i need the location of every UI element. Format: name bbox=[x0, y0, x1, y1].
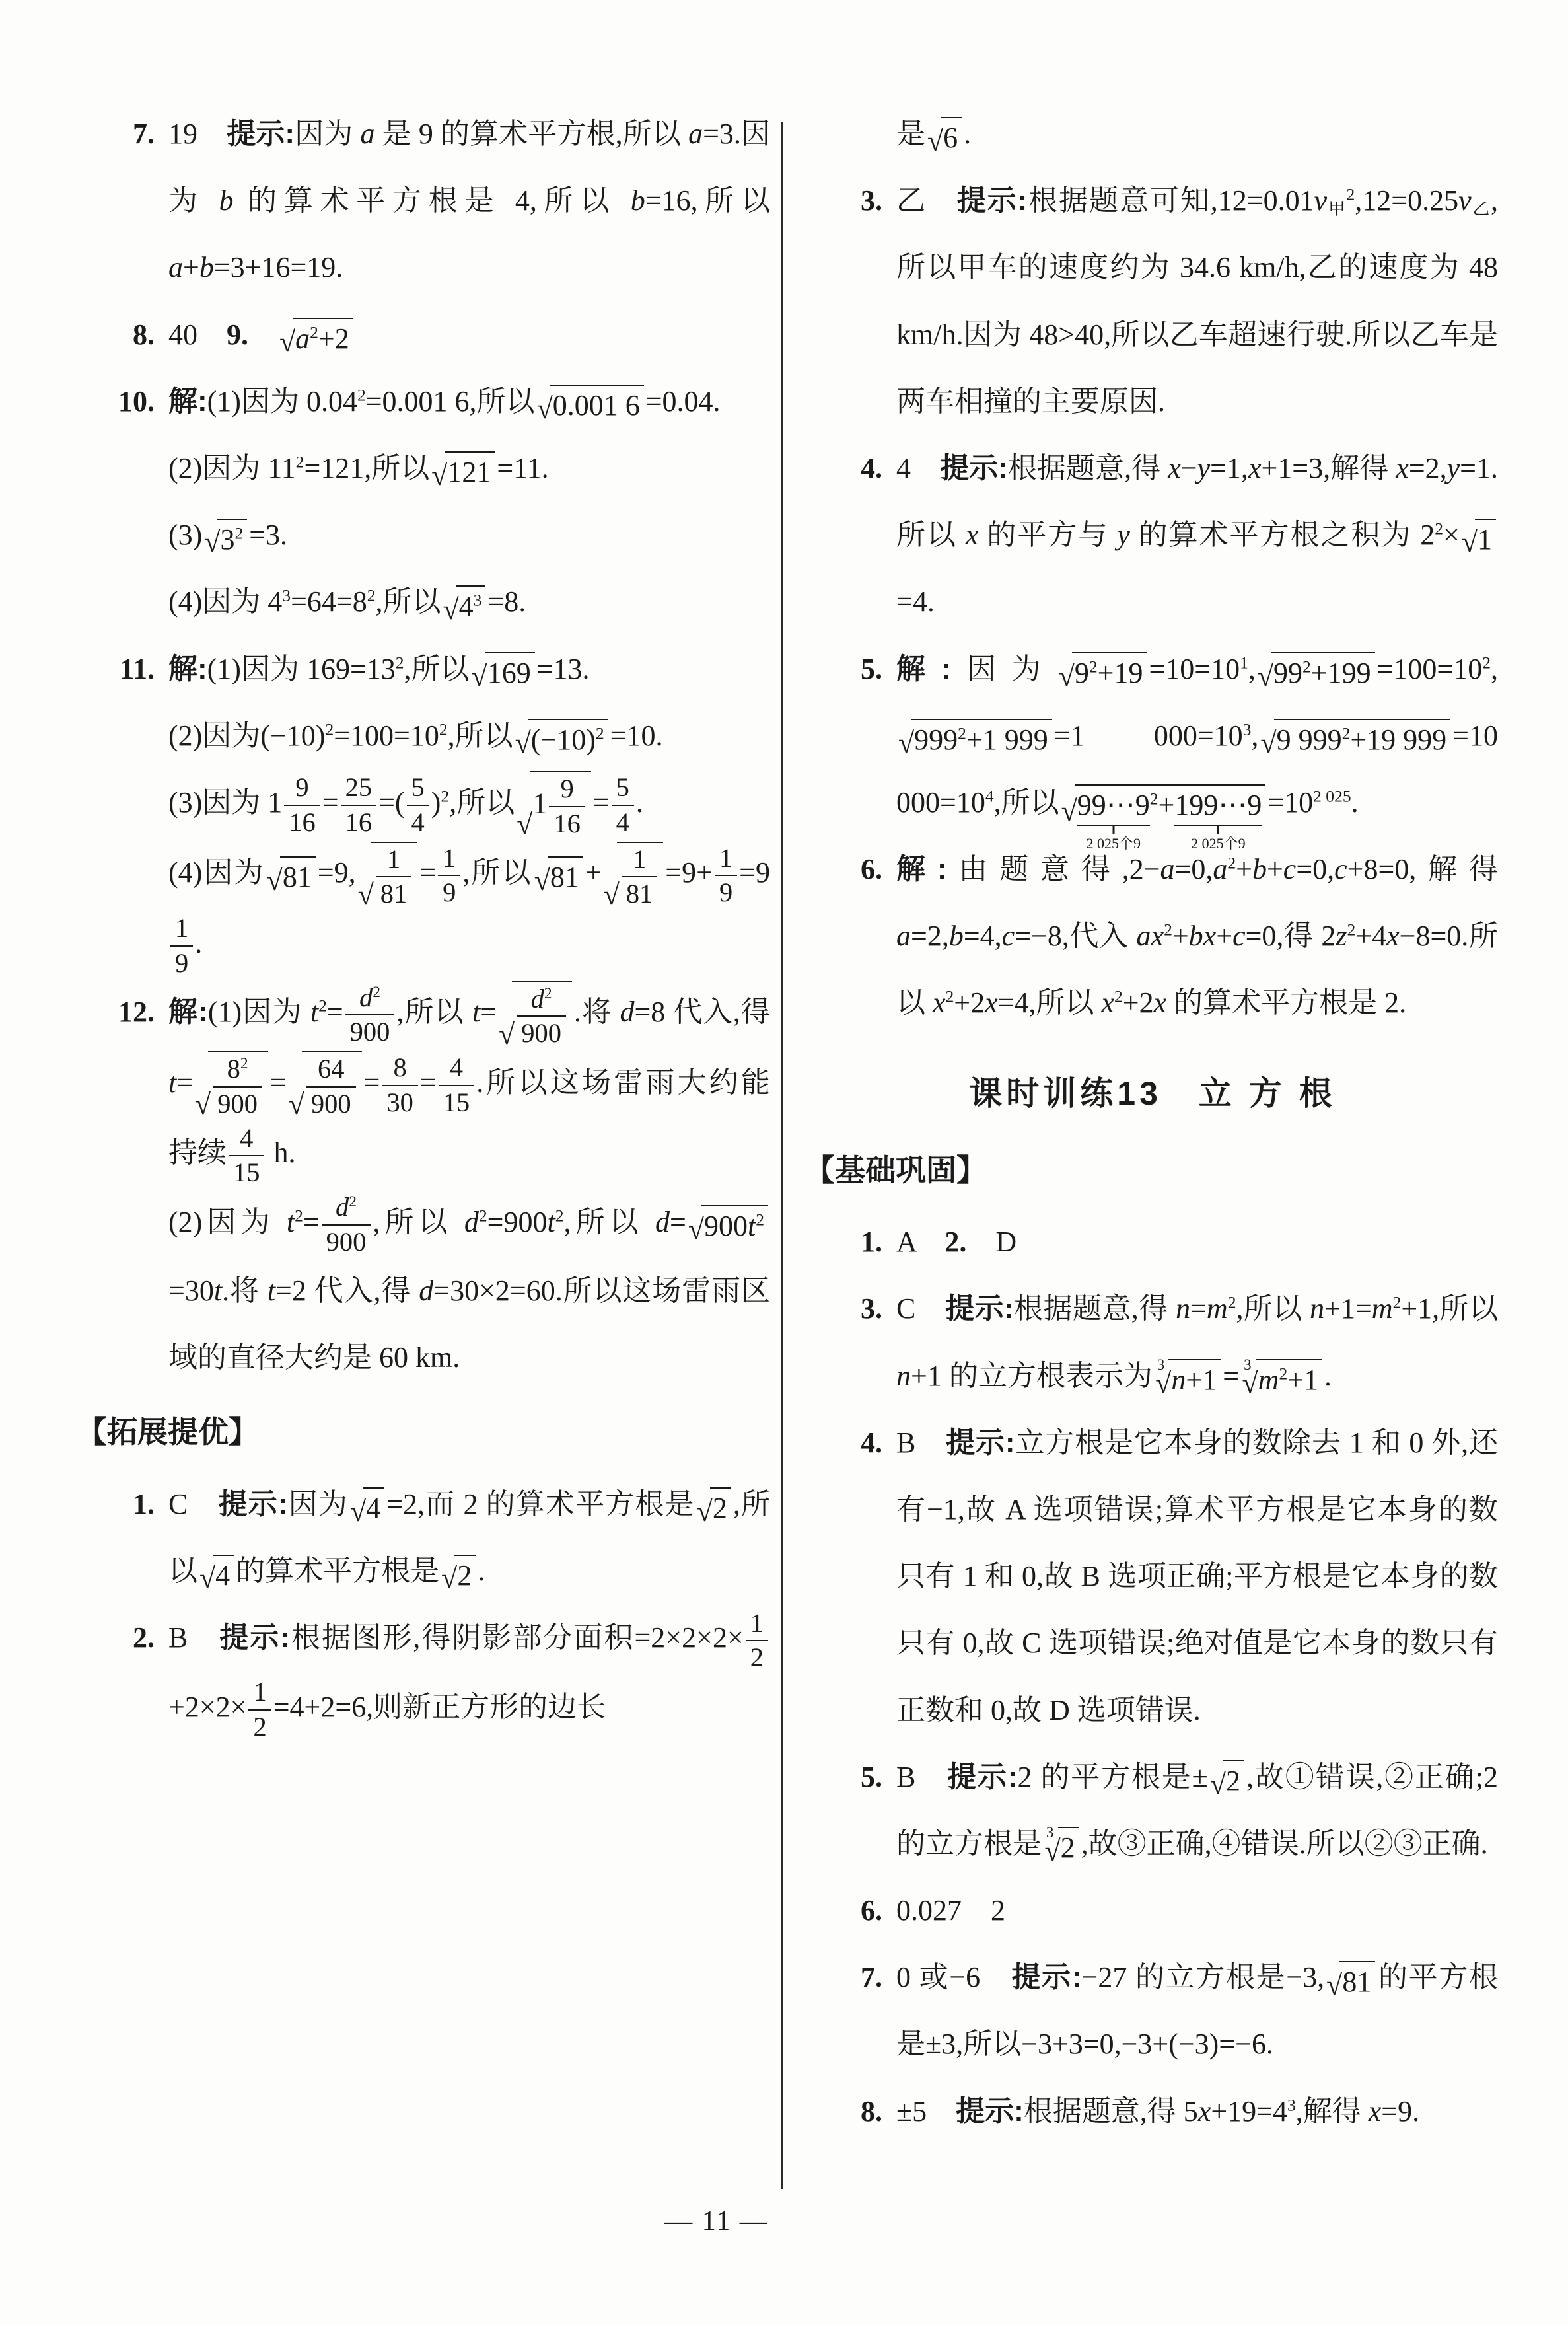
item-body: 4 提示:根据题意,得 x−y=1,x+1=3,解得 x=2,y=1.所以 x … bbox=[896, 452, 1498, 618]
answer-item: 6. 0.027 2 bbox=[807, 1877, 1498, 1944]
item-body: B 提示:根据图形,得阴影部分面积=2×2×2×12+2×2×12=4+2=6,… bbox=[168, 1621, 770, 1722]
answer-item: (3)√32=3. bbox=[79, 501, 770, 568]
item-number: 3. bbox=[820, 167, 892, 234]
item-number: 5. bbox=[820, 1744, 892, 1810]
item-body: B 提示:2 的平方根是±√2,故①错误,②正确;2 的立方根是3√2,故③正确… bbox=[896, 1761, 1498, 1860]
item-number: 1. bbox=[92, 1471, 164, 1537]
item-number: 8. bbox=[92, 301, 164, 368]
answer-item: (4)因为√81=9,√181=19,所以√81+√181=9+19=919. bbox=[79, 839, 770, 978]
answer-item: (2)因为 112=121,所以√121=11. bbox=[79, 435, 770, 501]
answer-item: 8. ±5 提示:根据题意,得 5x+19=43,解得 x=9. bbox=[807, 2078, 1498, 2145]
answer-item: 11. 解:(1)因为 169=132,所以√169=13. bbox=[79, 636, 770, 702]
item-body: (2)因为 112=121,所以√121=11. bbox=[168, 452, 549, 484]
item-body: 40 9. √a2+2 bbox=[168, 318, 355, 351]
answer-item: 6. 解:由题意得,2−a=0,a2+b+c=0,c+8=0,解得 a=2,b=… bbox=[807, 836, 1498, 1037]
item-body: 解:由题意得,2−a=0,a2+b+c=0,c+8=0,解得 a=2,b=4,c… bbox=[896, 853, 1498, 1019]
item-body: 解:(1)因为 0.042=0.001 6,所以√0.001 6=0.04. bbox=[168, 385, 721, 418]
item-body: 解:因为√92+19=10=101,√992+199=100=102,√9992… bbox=[896, 653, 1498, 819]
answer-item: 3. C 提示:根据题意,得 n=m2,所以 n+1=m2+1,所以 n+1 的… bbox=[807, 1275, 1498, 1409]
answer-item: (2)因为(−10)2=100=102,所以√(−10)2=10. bbox=[79, 702, 770, 769]
answer-item: (3)因为 1916=2516=(54)2,所以√1916=54. bbox=[79, 769, 770, 839]
answer-item: 7. 0 或−6 提示:−27 的立方根是−3,√81的平方根是±3,所以−3+… bbox=[807, 1944, 1498, 2077]
answer-item: 5. 解:因为√92+19=10=101,√992+199=100=102,√9… bbox=[807, 636, 1498, 836]
item-number: 7. bbox=[820, 1944, 892, 2011]
heading-jichu-gonggu: 【基础巩固】 bbox=[804, 1138, 1498, 1202]
answer-item: 1. A 2. D bbox=[807, 1208, 1498, 1275]
right-column: 是√6. 3. 乙 提示:根据题意可知,12=0.01v甲2,12=0.25v乙… bbox=[807, 100, 1498, 2145]
item-body: C 提示:根据题意,得 n=m2,所以 n+1=m2+1,所以 n+1 的立方根… bbox=[896, 1292, 1498, 1391]
item-number: 6. bbox=[820, 836, 892, 903]
item-number: 1. bbox=[820, 1208, 892, 1275]
answer-item: (2)因为 t2=d2900,所以 d2=900t2,所以 d=√900t2=3… bbox=[79, 1189, 770, 1391]
item-number: 11. bbox=[92, 636, 164, 702]
item-body: (3)因为 1916=2516=(54)2,所以√1916=54. bbox=[168, 786, 643, 819]
answer-item: 3. 乙 提示:根据题意可知,12=0.01v甲2,12=0.25v乙,所以甲车… bbox=[807, 167, 1498, 435]
answer-item: 4. 4 提示:根据题意,得 x−y=1,x+1=3,解得 x=2,y=1.所以… bbox=[807, 435, 1498, 636]
item-number: 12. bbox=[92, 978, 164, 1045]
answer-item: 1. C 提示:因为√4=2,而 2 的算术平方根是√2,所以√4的算术平方根是… bbox=[79, 1471, 770, 1604]
page-number: — 11 — bbox=[0, 2205, 1433, 2237]
item-body: (3)√32=3. bbox=[168, 519, 287, 551]
answer-item: 7. 19 提示:因为 a 是 9 的算术平方根,所以 a=3.因为 b 的算术… bbox=[79, 100, 770, 301]
item-body: 解:(1)因为 169=132,所以√169=13. bbox=[168, 653, 590, 685]
left-column: 7. 19 提示:因为 a 是 9 的算术平方根,所以 a=3.因为 b 的算术… bbox=[79, 100, 770, 1742]
item-body: 解:(1)因为 t2=d2900,所以 t=√d2900.将 d=8 代入,得 … bbox=[168, 996, 770, 1169]
item-number: 8. bbox=[820, 2078, 892, 2145]
answer-key-page: 7. 19 提示:因为 a 是 9 的算术平方根,所以 a=3.因为 b 的算术… bbox=[0, 0, 1568, 2325]
item-number: 6. bbox=[820, 1877, 892, 1944]
item-body: (4)因为√81=9,√181=19,所以√81+√181=9+19=919. bbox=[168, 856, 770, 959]
answer-item: 5. B 提示:2 的平方根是±√2,故①错误,②正确;2 的立方根是3√2,故… bbox=[807, 1744, 1498, 1877]
item-body: 是√6. bbox=[896, 118, 971, 150]
answer-item: (4)因为 43=64=82,所以√43=8. bbox=[79, 568, 770, 635]
answer-item: 10. 解:(1)因为 0.042=0.001 6,所以√0.001 6=0.0… bbox=[79, 368, 770, 435]
item-body: 19 提示:因为 a 是 9 的算术平方根,所以 a=3.因为 b 的算术平方根… bbox=[168, 118, 770, 283]
item-body: (2)因为 t2=d2900,所以 d2=900t2,所以 d=√900t2=3… bbox=[168, 1206, 770, 1374]
answer-item: 12. 解:(1)因为 t2=d2900,所以 t=√d2900.将 d=8 代… bbox=[79, 978, 770, 1188]
column-divider-line bbox=[781, 122, 783, 2189]
answer-item: 2. B 提示:根据图形,得阴影部分面积=2×2×2×12+2×2×12=4+2… bbox=[79, 1604, 770, 1742]
item-body: 0.027 2 bbox=[896, 1894, 1005, 1927]
item-number: 10. bbox=[92, 368, 164, 435]
item-body: B 提示:立方根是它本身的数除去 1 和 0 外,还有−1,故 A 选项错误;算… bbox=[896, 1426, 1498, 1726]
item-number: 7. bbox=[92, 100, 164, 167]
item-body: 乙 提示:根据题意可知,12=0.01v甲2,12=0.25v乙,所以甲车的速度… bbox=[896, 184, 1498, 418]
item-body: (2)因为(−10)2=100=102,所以√(−10)2=10. bbox=[168, 720, 662, 752]
item-number: 3. bbox=[820, 1275, 892, 1342]
item-body: (4)因为 43=64=82,所以√43=8. bbox=[168, 585, 526, 618]
item-body: ±5 提示:根据题意,得 5x+19=43,解得 x=9. bbox=[896, 2095, 1419, 2127]
item-number: 4. bbox=[820, 435, 892, 501]
item-body: C 提示:因为√4=2,而 2 的算术平方根是√2,所以√4的算术平方根是√2. bbox=[168, 1488, 770, 1587]
answer-item: 4. B 提示:立方根是它本身的数除去 1 和 0 外,还有−1,故 A 选项错… bbox=[807, 1409, 1498, 1744]
answer-item: 8. 40 9. √a2+2 bbox=[79, 301, 770, 368]
item-body: 0 或−6 提示:−27 的立方根是−3,√81的平方根是±3,所以−3+3=0… bbox=[896, 1961, 1498, 2060]
heading-tuozhan-tiyou: 【拓展提优】 bbox=[77, 1400, 770, 1464]
section-header-lesson13-cube-root: 课时训练13 立 方 根 bbox=[807, 1067, 1498, 1120]
answer-item: 是√6. bbox=[807, 100, 1498, 167]
item-number: 2. bbox=[92, 1604, 164, 1671]
item-number: 4. bbox=[820, 1409, 892, 1476]
item-number: 5. bbox=[820, 636, 892, 702]
item-body: A 2. D bbox=[896, 1226, 1016, 1258]
